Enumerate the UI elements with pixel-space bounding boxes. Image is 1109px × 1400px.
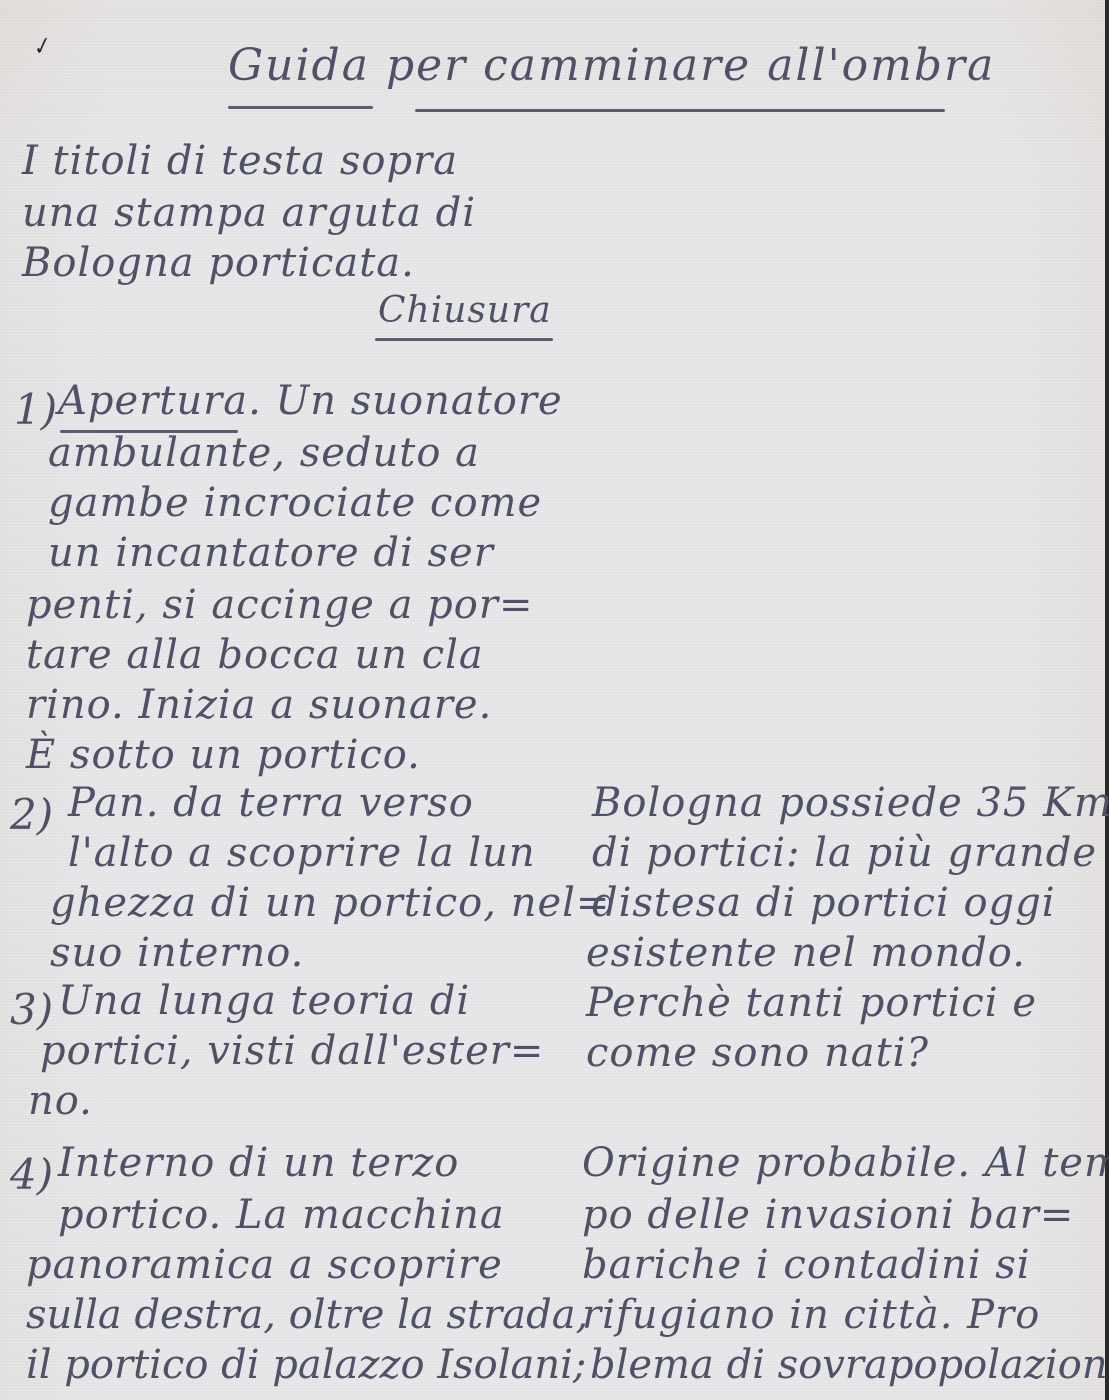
scene-line: no. [28,1078,93,1124]
scene-line: Pan. da terra verso [68,780,474,826]
note-line: di portici: la più grande [592,830,1097,876]
scene-line: un incantatore di ser [48,530,494,576]
scene-line: l'alto a scoprire la lun [68,830,536,876]
intro-line: una stampa arguta di [22,190,476,236]
scene-line: Apertura. Un suonatore [58,378,563,424]
note-line: distesa di portici oggi [592,880,1056,926]
manuscript-page: ✓ Guida per camminare all'ombra I titoli… [0,0,1109,1400]
note-line: come sono nati? [586,1030,929,1076]
scene-number: 4) [10,1150,53,1199]
intro-line: I titoli di testa sopra [22,138,458,184]
scene-line: Una lunga teoria di [58,978,470,1024]
scene-line: panoramica a scoprire [26,1242,503,1288]
scene-line: ghezza di un portico, nel= [50,880,610,926]
closing-underline [375,338,553,341]
intro-line: Bologna porticata. [22,240,415,286]
scene-line: rino. Inizia a suonare. [26,682,492,728]
note-line: blema di sovrapopolazione. [590,1342,1109,1388]
scene-line: È sotto un portico. [26,732,421,778]
title-underline-left [228,106,373,109]
scene-line: portico. La macchina [58,1192,505,1238]
scene-line: portici, visti dall'ester= [40,1028,544,1074]
note-line: Bologna possiede 35 Km. [592,780,1109,826]
note-line: rifugiano in città. Pro [582,1292,1040,1338]
scene-number: 3) [10,985,53,1034]
scene-line: Interno di un terzo [58,1140,459,1186]
scene-number: 1) [14,385,57,434]
document-title: Guida per camminare all'ombra [228,40,995,91]
scene-line: il portico di palazzo Isolani; [26,1342,586,1388]
scene-line: tare alla bocca un cla [26,632,484,678]
scene-line: sulla destra, oltre la strada, [26,1292,588,1338]
note-line: Origine probabile. Al tem [582,1140,1109,1186]
scene-number: 2) [10,790,53,839]
scene-line: suo interno. [50,930,304,976]
scene-line: ambulante, seduto a [48,430,480,476]
note-line: esistente nel mondo. [586,930,1026,976]
scene-line: penti, si accinge a por= [26,582,533,628]
page-edge [1105,0,1109,1400]
note-line: po delle invasioni bar= [582,1192,1074,1238]
note-line: Perchè tanti portici e [586,980,1037,1026]
closing-label: Chiusura [378,290,552,331]
note-line: bariche i contadini si [582,1242,1031,1288]
scene-line: gambe incrociate come [48,480,542,526]
title-underline-right [415,109,945,112]
corner-mark: ✓ [28,33,54,63]
